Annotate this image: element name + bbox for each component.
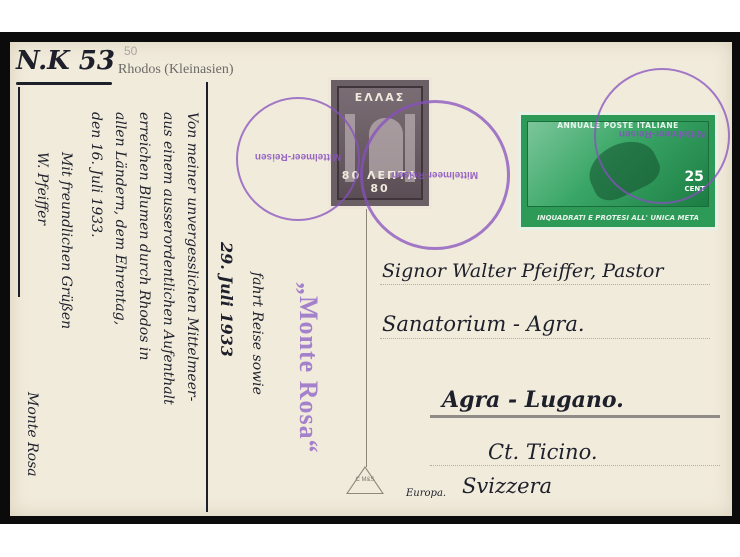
message-line: den 16. Juli 1933. <box>88 112 104 238</box>
address-line-5: Svizzera <box>462 474 552 498</box>
address-line-1: Signor Walter Pfeiffer, Pastor <box>382 260 663 282</box>
address-rule <box>430 465 720 466</box>
postmark-inner-text: Mittelmeer-Reisen <box>596 128 728 139</box>
postcard: N.K 53 50 Rhodos (Kleinasien) Von meiner… <box>10 42 732 516</box>
postmark-inner-text: Mittelmeer-Reisen <box>363 169 507 180</box>
catalog-number: N.K 53 <box>16 46 115 76</box>
address-line-4: Ct. Ticino. <box>488 440 598 464</box>
message-left-line <box>18 87 20 297</box>
message-line: fahrt Reise sowie <box>249 272 265 395</box>
message-line: allen Ländern, dem Ehrentag, <box>112 112 128 325</box>
postmark-left: Mittelmeer-Reisen <box>236 97 360 221</box>
greek-stamp-country: ΕΛΛΑΣ <box>339 91 421 104</box>
message-line: W. Pfeiffer <box>34 152 50 225</box>
address-rule <box>380 284 710 285</box>
address-line-2: Sanatorium - Agra. <box>382 312 585 336</box>
message-line: erreichen Blumen durch Rhodos in <box>136 112 152 360</box>
pencil-price: 50 <box>124 44 137 58</box>
message-line: Monte Rosa <box>24 392 40 477</box>
address-rule <box>380 338 710 339</box>
postmark-right: Mittelmeer-Reisen <box>594 68 730 204</box>
postmark-center: Mittelmeer-Reisen <box>360 100 510 250</box>
publisher-logo-text: C M&S <box>348 477 382 484</box>
message-margin-line <box>206 82 208 512</box>
message-line: aus einem ausserordentlichen Aufenthalt <box>160 112 176 405</box>
address-country-prefix: Europa. <box>406 488 446 499</box>
monte-rosa-cachet: „Monte Rosa“ <box>293 282 323 454</box>
printed-caption: Rhodos (Kleinasien) <box>118 62 233 78</box>
italian-stamp-motto: INQUADRATI E PROTESI ALL' UNICA META <box>525 214 711 222</box>
catalog-underline <box>16 82 112 85</box>
postmark-inner-text: Mittelmeer-Reisen <box>238 151 358 162</box>
address-line-3: Agra - Lugano. <box>442 387 624 413</box>
address-rule <box>430 415 720 418</box>
message-line: 29. Juli 1933 <box>217 242 236 357</box>
message-line: Von meiner unvergesslichen Mittelmeer- <box>184 112 200 401</box>
message-line: Mit freundlichen Grüßen <box>58 152 74 329</box>
